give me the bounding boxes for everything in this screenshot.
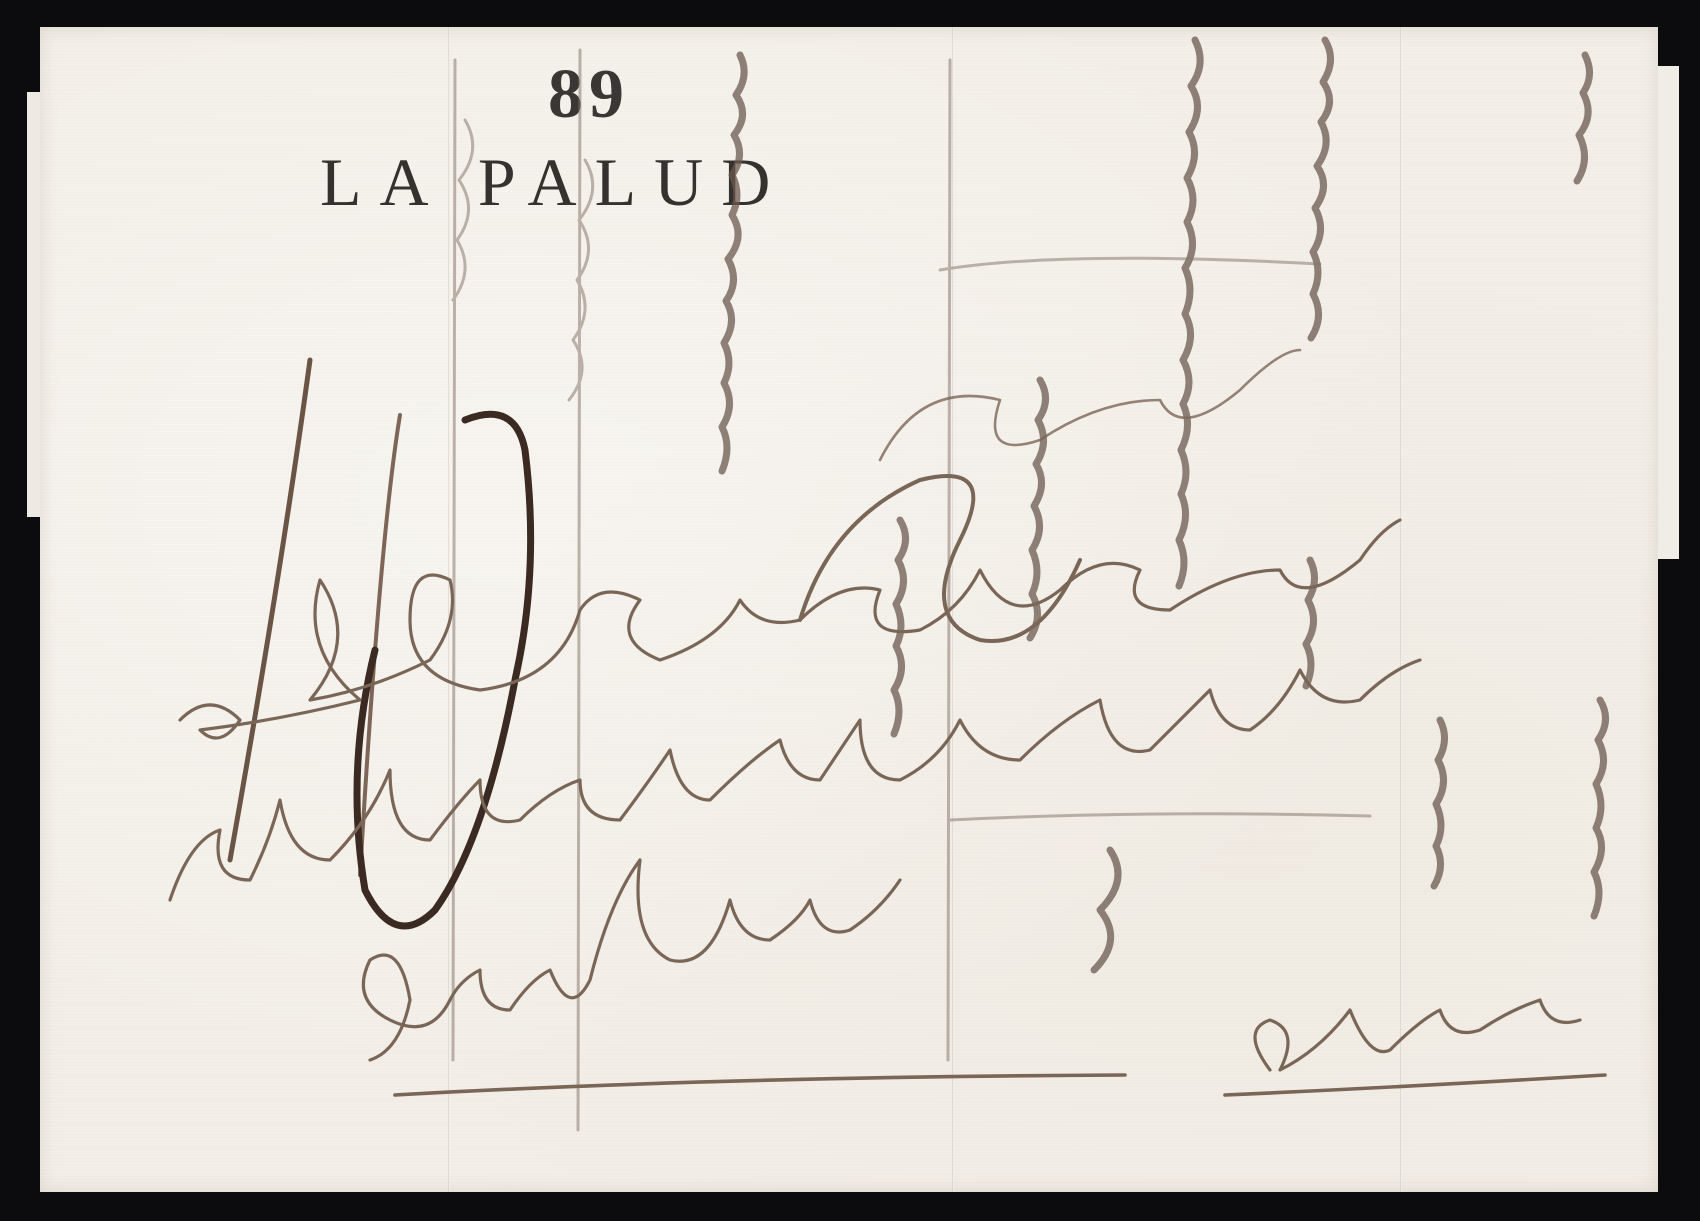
straight-line-postmark: 89 LA PALUD [320,55,920,235]
fold-line [952,27,954,1192]
rate-marking-text: 10 [250,500,505,733]
postmark-department-number: 89 [548,55,630,135]
destination-note: Dinant [1270,1010,1440,1068]
folded-flap-right [1655,66,1679,559]
address-line-2: Au Château de Vanthier pr Dinant [170,830,1206,900]
address-line-3: sur Meuse [370,990,689,1060]
postmark-town-name: LA PALUD [320,143,788,222]
